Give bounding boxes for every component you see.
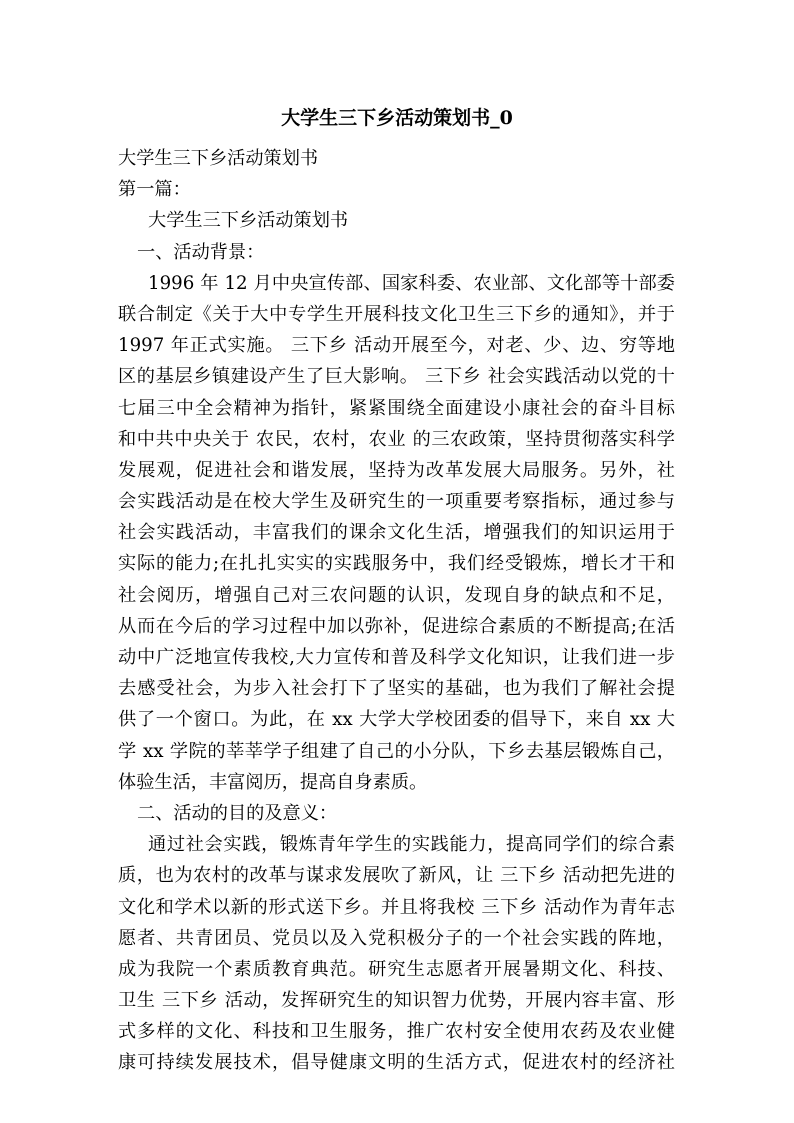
paragraph-line: 社会阅历，增强自己对三农问题的认识，发现自身的缺点和不足， [118, 580, 675, 611]
paragraph-line: 联合制定《关于大中专学生开展科技文化卫生三下乡的通知》，并于 [118, 299, 675, 330]
document-body: 大学生三下乡活动策划书 第一篇： 大学生三下乡活动策划书 一、活动背景： 199… [118, 143, 678, 1079]
paragraph-line: 去感受社会，为步入社会打下了坚实的基础，也为我们了解社会提 [118, 673, 675, 704]
paragraph-line: 1996 年 12 月中央宣传部、国家科委、农业部、文化部等十部委 [118, 268, 675, 299]
paragraph-line: 卫生 三下乡 活动，发挥研究生的知识智力优势，开展内容丰富、形 [118, 985, 675, 1016]
subtitle-line: 大学生三下乡活动策划书 [118, 143, 678, 174]
paragraph-line: 动中广泛地宣传我校,大力宣传和普及科学文化知识，让我们进一步 [118, 642, 675, 673]
paragraph-line: 质，也为农村的改革与谋求发展吹了新风，让 三下乡 活动把先进的 [118, 860, 675, 891]
paragraph-line: 文化和学术以新的形式送下乡。并且将我校 三下乡 活动作为青年志 [118, 892, 675, 923]
paragraph-line: 实际的能力;在扎扎实实的实践服务中，我们经受锻炼，增长才干和 [118, 548, 675, 579]
paragraph-line: 学 xx 学院的莘莘学子组建了自己的小分队，下乡去基层锻炼自己， [118, 736, 675, 767]
document-page: 大学生三下乡活动策划书_0 大学生三下乡活动策划书 第一篇： 大学生三下乡活动策… [0, 0, 794, 1123]
paragraph-line: 区的基层乡镇建设产生了巨大影响。 三下乡 社会实践活动以党的十 [118, 361, 675, 392]
paragraph-line: 会实践活动是在校大学生及研究生的一项重要考察指标，通过参与 [118, 486, 675, 517]
paragraph-line: 供了一个窗口。为此，在 xx 大学大学校团委的倡导下，来自 xx 大 [118, 704, 675, 735]
paragraph-line: 七届三中全会精神为指针，紧紧围绕全面建设小康社会的奋斗目标 [118, 393, 675, 424]
paragraph-line: 从而在今后的学习过程中加以弥补，促进综合素质的不断提高;在活 [118, 611, 675, 642]
paragraph-line: 康可持续发展技术，倡导健康文明的生活方式，促进农村的经济社 [118, 1047, 675, 1078]
heading-purpose: 二、活动的目的及意义： [118, 798, 678, 829]
paragraph-line: 愿者、共青团员、党员以及入党积极分子的一个社会实践的阵地， [118, 923, 675, 954]
section-title: 大学生三下乡活动策划书 [118, 205, 678, 236]
paragraph-line: 式多样的文化、科技和卫生服务，推广农村安全使用农药及农业健 [118, 1016, 675, 1047]
heading-background: 一、活动背景： [118, 237, 678, 268]
paragraph-line: 和中共中央关于 农民，农村，农业 的三农政策，坚持贯彻落实科学 [118, 424, 675, 455]
paragraph-line: 通过社会实践，锻炼青年学生的实践能力，提高同学们的综合素 [118, 829, 675, 860]
paragraph-line: 发展观，促进社会和谐发展，坚持为改革发展大局服务。另外，社 [118, 455, 675, 486]
document-title: 大学生三下乡活动策划书_0 [0, 106, 794, 130]
paragraph-line: 社会实践活动，丰富我们的课余文化生活，增强我们的知识运用于 [118, 517, 675, 548]
part-heading: 第一篇： [118, 174, 678, 205]
paragraph-line: 1997 年正式实施。 三下乡 活动开展至今，对老、少、边、穷等地 [118, 330, 675, 361]
paragraph-line: 成为我院一个素质教育典范。研究生志愿者开展暑期文化、科技、 [118, 954, 675, 985]
paragraph-line-end: 体验生活，丰富阅历，提高自身素质。 [118, 767, 678, 798]
